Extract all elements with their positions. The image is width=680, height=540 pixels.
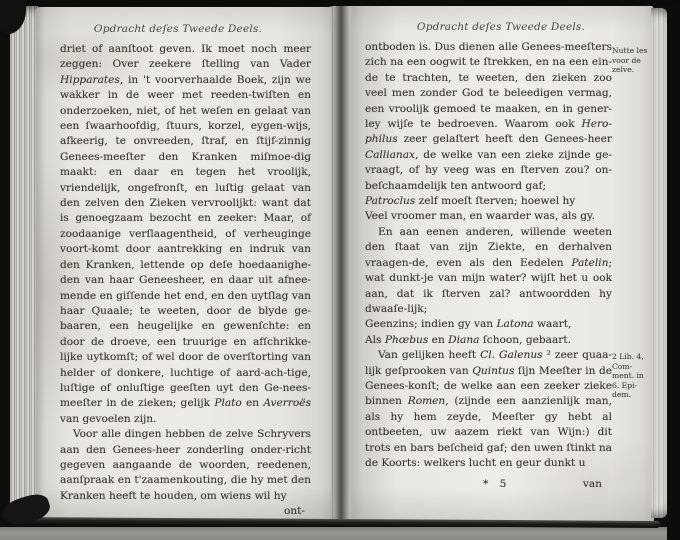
signature-mark: * 5: [483, 477, 510, 492]
italic-text-run: Patelin: [571, 257, 608, 269]
italic-text-run: Patroclus: [365, 195, 415, 207]
right-text-block: ontboden is. Dus dienen alle Genees-meeſ…: [365, 40, 612, 493]
catchword: van: [583, 477, 612, 492]
text-run: zeer gelaſtert heeft den Genees-heer: [398, 133, 612, 145]
page-header: Opdracht deſes Tweede Deels.: [30, 23, 326, 35]
page-footer: * 5 van: [365, 477, 612, 492]
text-run: en: [242, 397, 264, 409]
book-photo-scene: Opdracht deſes Tweede Deels. driet of aa…: [0, 0, 680, 540]
text-run: en: [428, 334, 448, 346]
italic-text-run: Romen: [408, 395, 446, 407]
right-page-fore-edge: [651, 8, 667, 518]
text-run: Geenzins; indien gy van: [365, 318, 496, 330]
body-paragraph: Van gelijken heeft Cl. Galenus ² zeer qu…: [365, 348, 612, 471]
table-surface: [0, 527, 680, 540]
body-paragraph: ontboden is. Dus dienen alle Genees-meeſ…: [365, 40, 612, 194]
verse-quotation: Geenzins; indien gy van Latona waart, Al…: [365, 317, 612, 348]
right-page: Opdracht deſes Tweede Deels. ontboden is…: [348, 5, 654, 524]
background-top-edge: [0, 0, 680, 6]
text-run: Voor alle dingen hebben de zelve Schryve…: [60, 428, 311, 502]
verse-quotation: Patroclus zelf moeſt ſterven; hoewel hy …: [365, 194, 612, 225]
italic-text-run: Callianax: [365, 149, 415, 161]
text-run: ontboden is. Dus dienen alle Genees-meeſ…: [365, 41, 612, 130]
italic-text-run: Cl. Galenus: [480, 349, 542, 361]
page-header: Opdracht deſes Tweede Deels.: [348, 21, 654, 33]
italic-text-run: Averroës: [263, 397, 311, 409]
left-page-edges: [10, 5, 38, 522]
background-right-edge: [667, 0, 680, 540]
text-run: driet of aanſtoot geven. Ik moet noch me…: [60, 43, 311, 70]
text-run: van gevoelen zijn.: [60, 413, 156, 425]
left-page: Opdracht deſes Tweede Deels. driet of aa…: [36, 7, 332, 522]
margin-note: 2 Lib. 4, Com- ment. in 6. Epi- dem.: [612, 352, 656, 400]
body-paragraph: driet of aanſtoot geven. Ik moet noch me…: [60, 42, 311, 427]
book-gutter: [329, 2, 353, 524]
italic-text-run: Latona: [496, 318, 533, 330]
body-paragraph: Voor alle dingen hebben de zelve Schryve…: [60, 427, 311, 504]
italic-text-run: Diana: [448, 334, 479, 346]
left-text-block: driet of aanſtoot geven. Ik moet noch me…: [60, 42, 311, 520]
text-run: , in 't voorverhaalde Boek, zijn we wakk…: [60, 74, 311, 410]
margin-note: Nutte les voor de zelve.: [612, 46, 656, 75]
text-run: Van gelijken heeft: [378, 349, 480, 361]
italic-text-run: Plato: [214, 397, 241, 409]
text-run: ſchoon, gebaart.: [479, 334, 571, 346]
body-paragraph: En aan eenen anderen, willende weeten de…: [365, 225, 612, 317]
italic-text-run: Hipparates: [60, 74, 120, 86]
italic-text-run: Quintus: [472, 365, 514, 377]
italic-text-run: Phœbus: [385, 334, 428, 346]
